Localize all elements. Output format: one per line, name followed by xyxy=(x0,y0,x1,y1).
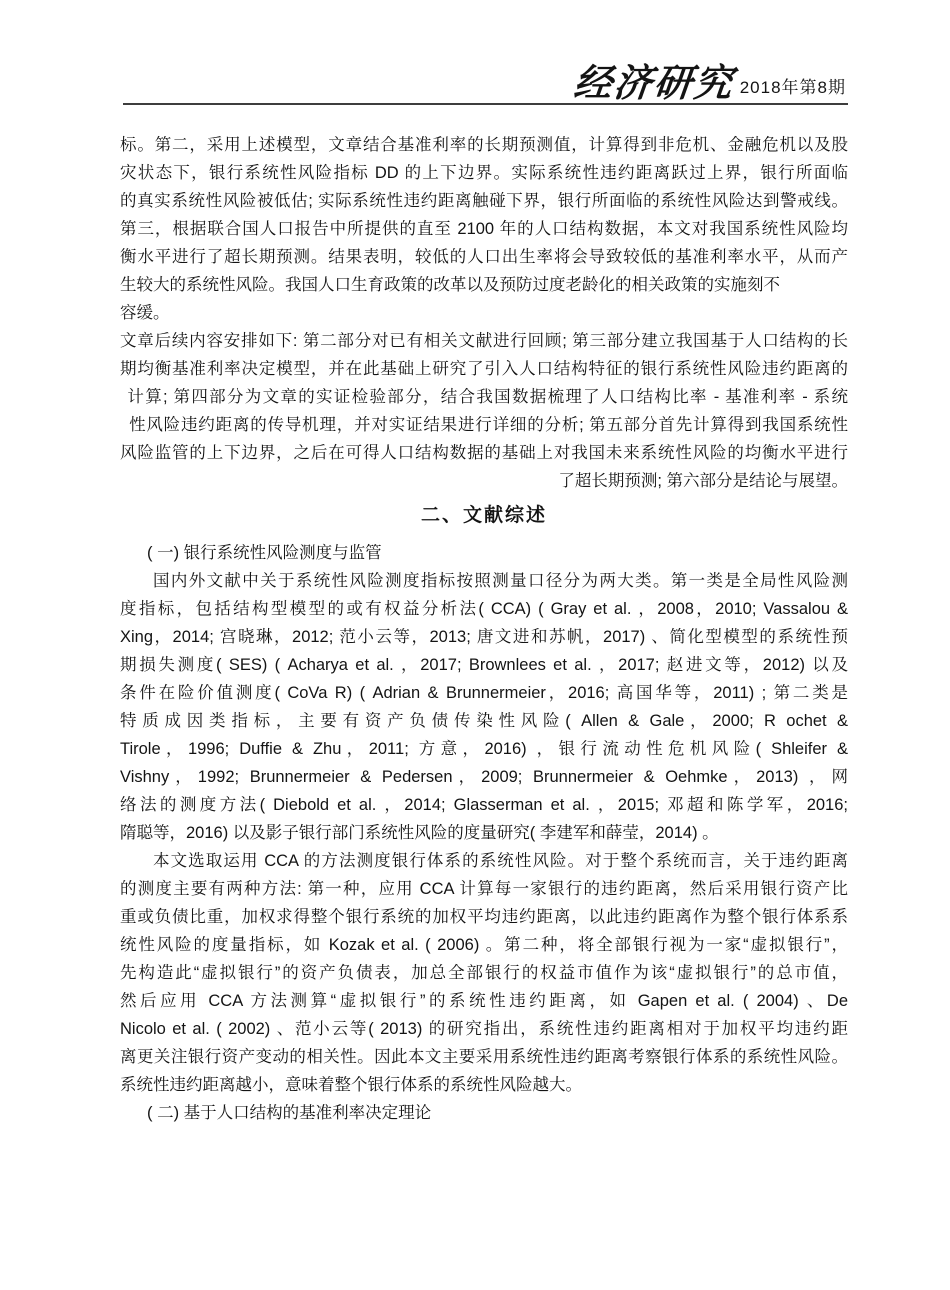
text-line: 标。第二，采用上述模型，文章结合基准利率的长期预测值，计算得到非危机、金融危机以… xyxy=(120,131,848,159)
text-line: 系统性违约距离越小，意味着整个银行体系的系统性风险越大。 xyxy=(120,1071,848,1099)
text-line: Vishny，1992; Brunnermeier & Pedersen，200… xyxy=(120,763,848,791)
text-line: 条件在险价值测度( CoVa R) ( Adrian & Brunnermeie… xyxy=(120,679,848,707)
section-heading: 二、文献综述 xyxy=(120,501,848,531)
text-line: 容缓。 xyxy=(120,299,848,327)
subsection-heading: ( 一) 银行系统性风险测度与监管 xyxy=(120,539,848,567)
text-line: 国内外文献中关于系统性风险测度指标按照测量口径分为两大类。第一类是全局性风险测 xyxy=(120,567,848,595)
text-line: 文章后续内容安排如下: 第二部分对已有相关文献进行回顾; 第三部分建立我国基于人… xyxy=(120,327,848,355)
text-line: 风险监管的上下边界，之后在可得人口结构数据的基础上对我国未来系统性风险的均衡水平… xyxy=(120,439,848,467)
paragraph: 标。第二，采用上述模型，文章结合基准利率的长期预测值，计算得到非危机、金融危机以… xyxy=(120,131,848,327)
text-line: 灾状态下，银行系统性风险指标 DD 的上下边界。实际系统性违约距离跃过上界，银行… xyxy=(120,159,848,187)
text-line: 本文选取运用 CCA 的方法测度银行体系的系统性风险。对于整个系统而言，关于违约… xyxy=(120,847,848,875)
text-line: 先构造此“虚拟银行”的资产负债表，加总全部银行的权益市值作为该“虚拟银行”的总市… xyxy=(120,959,848,987)
paragraph: 文章后续内容安排如下: 第二部分对已有相关文献进行回顾; 第三部分建立我国基于人… xyxy=(120,327,848,495)
text-line: 期均衡基准利率决定模型，并在此基础上研究了引入人口结构特征的银行系统性风险违约距… xyxy=(120,355,848,383)
text-line: 性风险违约距离的传导机理，并对实证结果进行详细的分析; 第五部分首先计算得到我国… xyxy=(120,411,848,439)
text-line: 衡水平进行了超长期预测。结果表明，较低的人口出生率将会导致较低的基准利率水平，从… xyxy=(120,243,848,271)
text-line: 的真实系统性风险被低估; 实际系统性违约距离触碰下界，银行所面临的系统性风险达到… xyxy=(120,187,848,215)
text-line: 度指标，包括结构型模型的或有权益分析法( CCA) ( Gray et al. … xyxy=(120,595,848,623)
text-line: 离更关注银行资产变动的相关性。因此本文主要采用系统性违约距离考察银行体系的系统性… xyxy=(120,1043,848,1071)
journal-logo: 经济研究 xyxy=(572,64,736,102)
paper-page: 经济研究 2018年第8期 标。第二，采用上述模型，文章结合基准利率的长期预测值… xyxy=(0,0,950,1290)
text-line: 生较大的系统性风险。我国人口生育政策的改革以及预防过度老龄化的相关政策的实施刻不 xyxy=(120,271,848,299)
text-line: Xing，2014; 宫晓琳，2012; 范小云等，2013; 唐文进和苏帆，2… xyxy=(120,623,848,651)
text-line: 重或负债比重，加权求得整个银行系统的加权平均违约距离，以此违约距离作为整个银行体… xyxy=(120,903,848,931)
text-line: 计算; 第四部分为文章的实证检验部分，结合我国数据梳理了人口结构比率 - 基准利… xyxy=(120,383,848,411)
text-line: Nicolo et al. ( 2002) 、范小云等( 2013) 的研究指出… xyxy=(120,1015,848,1043)
text-line: 统性风险的度量指标，如 Kozak et al. ( 2006) 。第二种，将全… xyxy=(120,931,848,959)
text-line: 隋聪等，2016) 以及影子银行部门系统性风险的度量研究( 李建军和薛莹，201… xyxy=(120,819,848,847)
paragraph: 国内外文献中关于系统性风险测度指标按照测量口径分为两大类。第一类是全局性风险测度… xyxy=(120,567,848,847)
text-line: 第三，根据联合国人口报告中所提供的直至 2100 年的人口结构数据，本文对我国系… xyxy=(120,215,848,243)
subsection-heading: ( 二) 基于人口结构的基准利率决定理论 xyxy=(120,1099,848,1127)
text-line: Tirole，1996; Duffie & Zhu，2011; 方意，2016)… xyxy=(120,735,848,763)
text-line: 期损失测度( SES) ( Acharya et al. ，2017; Brow… xyxy=(120,651,848,679)
journal-header: 经济研究 2018年第8期 xyxy=(0,0,950,105)
text-line: 然后应用 CCA 方法测算“虚拟银行”的系统性违约距离，如 Gapen et a… xyxy=(120,987,848,1015)
text-line: 的测度主要有两种方法: 第一种，应用 CCA 计算每一家银行的违约距离，然后采用… xyxy=(120,875,848,903)
paragraph: 本文选取运用 CCA 的方法测度银行体系的系统性风险。对于整个系统而言，关于违约… xyxy=(120,847,848,1099)
page-body: 标。第二，采用上述模型，文章结合基准利率的长期预测值，计算得到非危机、金融危机以… xyxy=(120,131,848,1127)
journal-issue-label: 2018年第8期 xyxy=(740,79,846,96)
header-rule xyxy=(123,103,848,105)
text-line: 特质成因类指标，主要有资产负债传染性风险( Allen & Gale，2000;… xyxy=(120,707,848,735)
text-line: 络法的测度方法( Diebold et al. ，2014; Glasserma… xyxy=(120,791,848,819)
text-line: 了超长期预测; 第六部分是结论与展望。 xyxy=(120,467,848,495)
